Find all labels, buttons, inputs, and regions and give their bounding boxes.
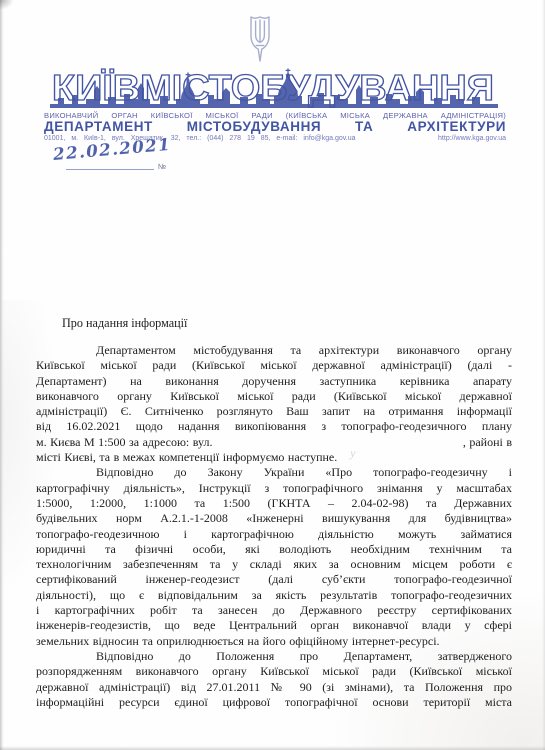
redacted-line-before: м. Києва М 1:500 за адресою: вул. [36,435,212,450]
paragraph-3: Відповідно до Положення про Департамент,… [36,649,512,710]
date-number-block: 22.02.2021 № [48,143,198,177]
letter-line: юридичні та фізичні особи, які володіють… [36,542,512,557]
letter-line: топографо-геодезичною і картографічною д… [36,527,512,542]
letter-line: і картографічних робіт та занесен до Дер… [36,603,512,618]
paragraph-1: Департаментом містобудування та архітект… [36,343,512,465]
letter-line: Департаментом містобудування та архітект… [36,343,512,358]
logo-text: КИЇВМІСТОБУДУВАННЯ [52,68,494,108]
letter-line: Київської міської ради (Київської місько… [36,358,512,373]
date-underline [66,169,154,170]
letter-line-redacted: м. Києва М 1:500 за адресою: вул. у , ра… [36,435,512,450]
scan-corner-smudge [0,0,14,10]
letter-line: від 16.02.2021 щодо надання викопіювання… [36,419,512,434]
letter-line: інформаційні ресурси єдиної цифрової топ… [36,695,512,710]
letter-line: земельних відносин та оприлюднюється на … [36,634,512,649]
scanned-letter-page: КИЇВМІСТОБУДУВАННЯ ВИКОНАВЧИЙ ОРГАН КИЇВ… [0,0,545,750]
letter-line: будівельних норм А.2.1.-1-2008 «Інженерн… [36,511,512,526]
letter-body: Про надання інформації Департаментом міс… [36,316,512,710]
redacted-line-after: , районі в [463,435,512,450]
letter-line: адміністрації) Є. Ситніченко розглянуто … [36,404,512,419]
letter-line: картографічну діяльність», Інструкції з … [36,481,512,496]
department-name-line: ДЕПАРТАМЕНТ МІСТОБУДУВАННЯ ТА АРХІТЕКТУР… [44,119,506,134]
kyivmistobuduvannia-logo: КИЇВМІСТОБУДУВАННЯ [50,68,498,114]
letter-line: Департамент) на виконання доручення заст… [36,374,512,389]
letter-line: інженерів-геодезистів, що веде Центральн… [36,618,512,633]
redaction-remnant: у [350,446,355,461]
letter-line: місті Києві, та в межах компетенції інфо… [36,450,512,465]
letter-line: виконавчого органу Київської міської рад… [36,389,512,404]
letter-line: технологічним забезпеченням та у складі … [36,557,512,572]
letter-line: розпорядженням виконавчого органу Київсь… [36,664,512,679]
letter-line: 1:5000, 1:2000, 1:1000 та 1:500 (ГКНТА –… [36,496,512,511]
ukraine-trident-icon [246,15,274,65]
letter-line: державної адміністрації) від 27.01.2011 … [36,680,512,695]
letter-line: Відповідно до Положення про Департамент,… [36,649,512,664]
letter-line: діяльності), що є відповідальним за якіс… [36,588,512,603]
letter-line: сертифікований інженер-геодезист (далі с… [36,572,512,587]
number-sign-label: № [158,162,166,171]
subject-line: Про надання інформації [62,316,512,331]
website-url: http://www.kga.gov.ua [438,135,506,142]
letter-line: Відповідно до Закону України «Про топогр… [36,465,512,480]
paragraph-2: Відповідно до Закону України «Про топогр… [36,465,512,649]
